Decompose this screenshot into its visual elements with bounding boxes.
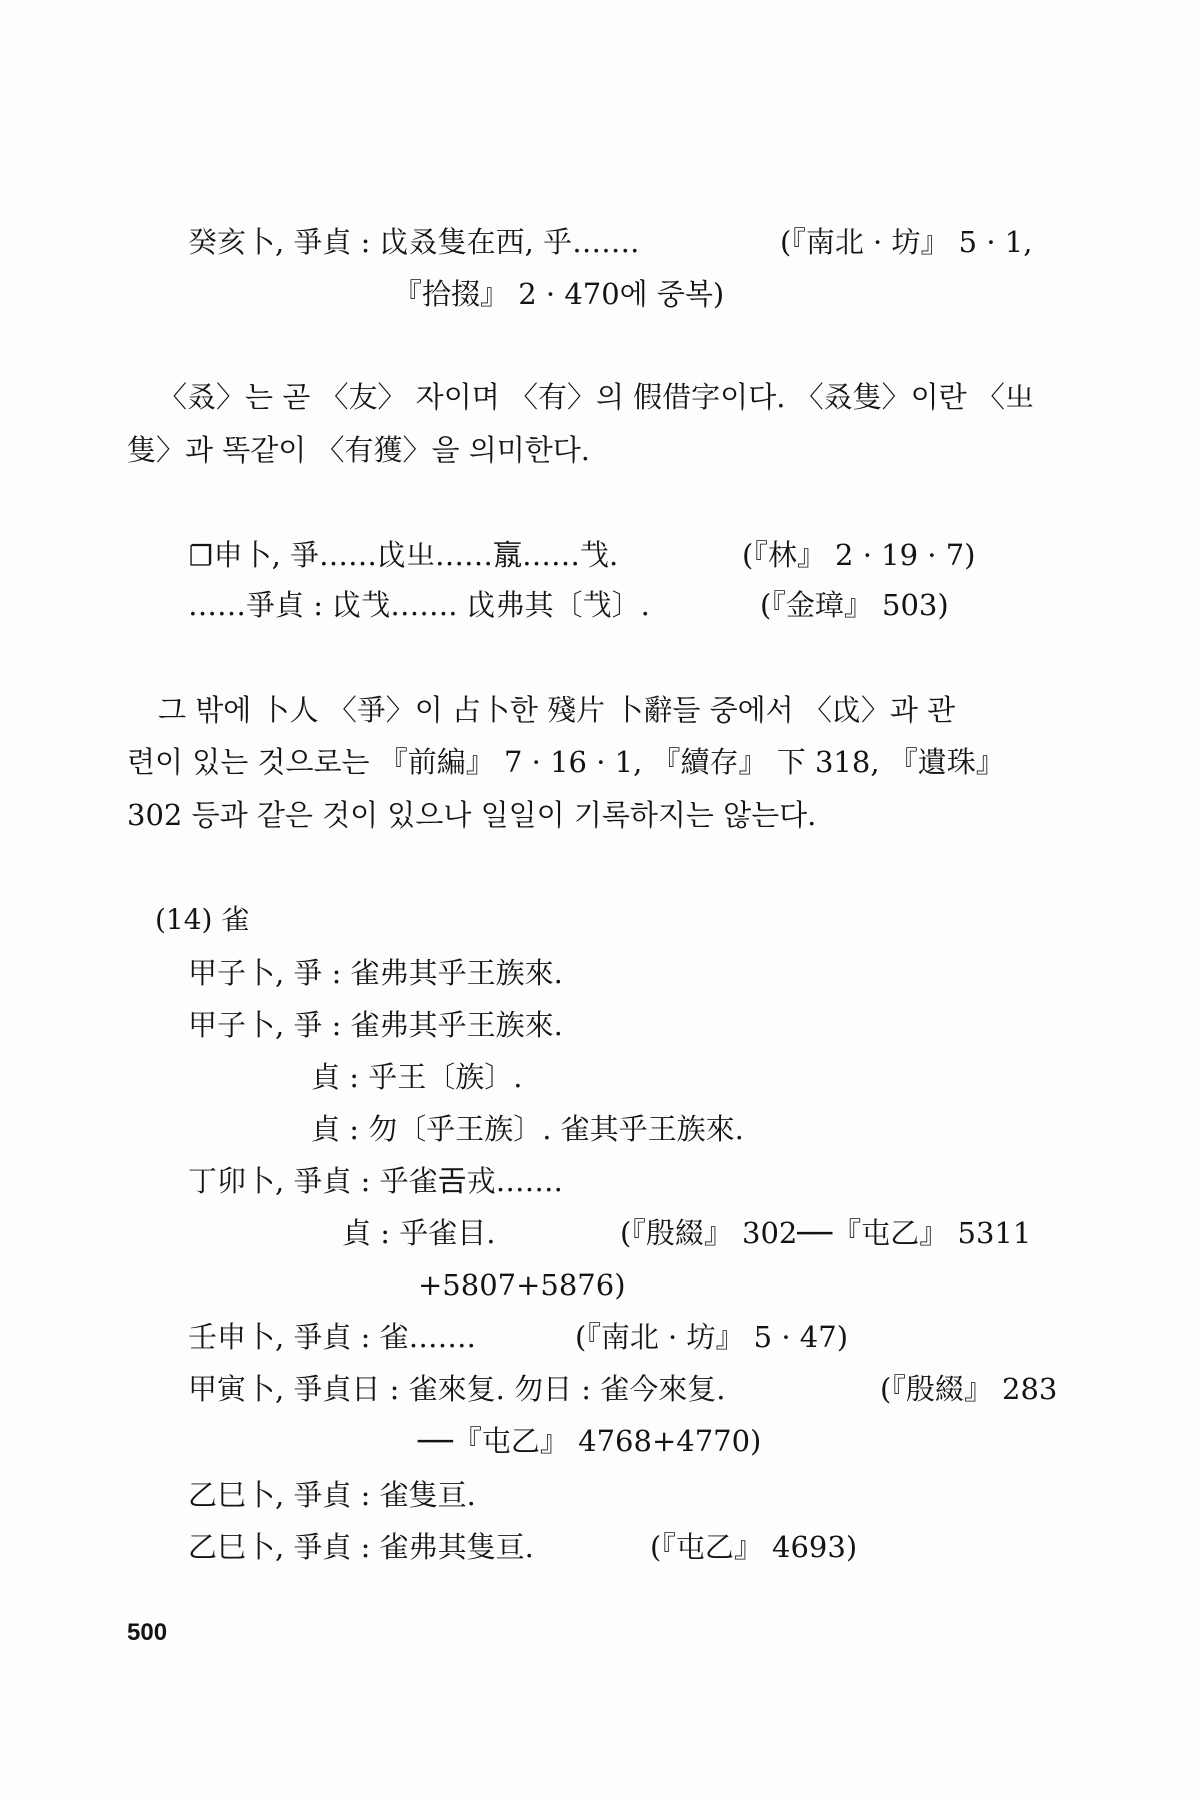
inscription-line: 甲寅卜, 爭貞日 : 雀來复. 勿日 : 雀今來复.	[188, 1369, 726, 1409]
citation: (『金璋』 503)	[760, 585, 949, 625]
inscription-line: 甲子卜, 爭 : 雀弗其乎王族來.	[188, 953, 563, 993]
inscription-line: 乙巳卜, 爭貞 : 雀隻亘.	[188, 1475, 476, 1515]
inscription-line: 壬申卜, 爭貞 : 雀…….	[188, 1317, 476, 1357]
paragraph-line: 련이 있는 것으로는 『前編』 7 · 16 · 1, 『續存』 下 318, …	[127, 742, 1005, 782]
inscription-line: 『拾掇』 2 · 470에 중복)	[393, 274, 724, 314]
inscription-line: ☐申卜, 爭……戉㞢……𣎆……𢦏.	[188, 535, 618, 575]
paragraph-line: 〈叒〉는 곧 〈友〉 자이며 〈有〉의 假借字이다. 〈叒隻〉이란 〈㞢	[158, 377, 1034, 417]
inscription-line: 貞 : 勿〔乎王族〕. 雀其乎王族來.	[311, 1109, 744, 1149]
inscription-line: 貞 : 乎雀𥄉目.	[342, 1213, 495, 1253]
paragraph-line: 그 밖에 卜人 〈爭〉이 占卜한 殘片 卜辭들 중에서 〈戉〉과 관	[158, 690, 955, 730]
inscription-line: 丁卯卜, 爭貞 : 乎雀𢀛戎𡘋…….	[188, 1161, 563, 1201]
inscription-line: +5807+5876)	[418, 1265, 626, 1305]
inscription-line: ──『屯乙』 4768+4770)	[418, 1421, 761, 1461]
inscription-line: 癸亥卜, 爭貞 : 戉叒隻在西, 乎…….	[188, 222, 639, 262]
citation: (『南北 · 坊』 5 · 1,	[780, 222, 1032, 262]
citation: (『林』 2 · 19 · 7)	[742, 535, 975, 575]
citation: (『殷綴』 283	[880, 1369, 1057, 1409]
citation: (『屯乙』 4693)	[650, 1527, 857, 1567]
inscription-line: 甲子卜, 爭 : 雀弗其乎王族來.	[188, 1005, 563, 1045]
page-number: 500	[127, 1618, 167, 1648]
book-page: 癸亥卜, 爭貞 : 戉叒隻在西, 乎……. (『南北 · 坊』 5 · 1, 『…	[0, 0, 1200, 1800]
paragraph-line: 隻〉과 똑같이 〈有獲〉을 의미한다.	[127, 430, 590, 470]
inscription-line: ……爭貞 : 戉𢦏……. 戉弗其〔𢦏〕.	[188, 585, 650, 625]
paragraph-line: 302 등과 같은 것이 있으나 일일이 기록하지는 않는다.	[127, 795, 816, 835]
citation: (『南北 · 坊』 5 · 47)	[575, 1317, 848, 1357]
citation: (『殷綴』 302──『屯乙』 5311	[620, 1213, 1031, 1253]
section-heading: (14) 雀	[155, 900, 249, 940]
inscription-line: 乙巳卜, 爭貞 : 雀弗其隻亘.	[188, 1527, 534, 1567]
inscription-line: 貞 : 乎王〔族〕.	[311, 1057, 522, 1097]
